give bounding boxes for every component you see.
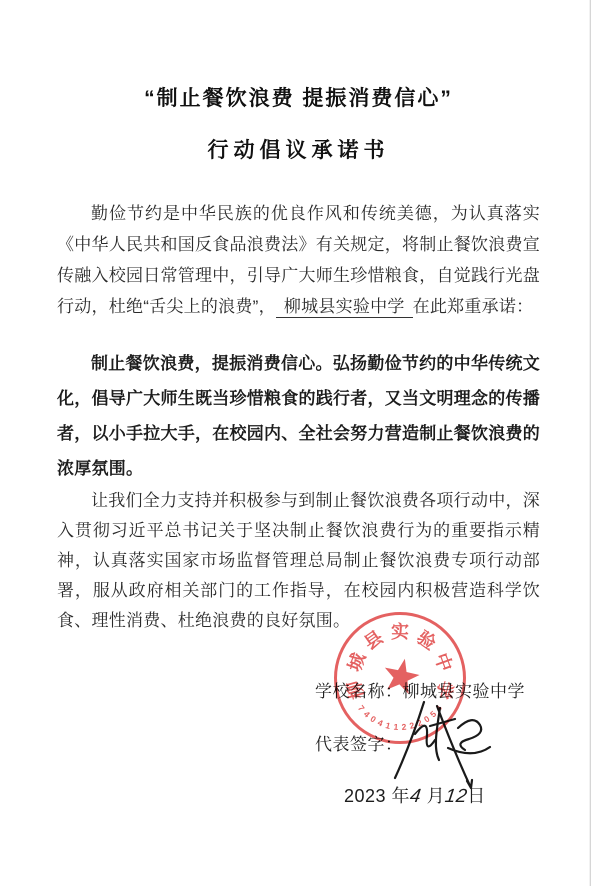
seal-serial-digit: 1 (391, 721, 402, 732)
pledge-document: “制止餐饮浪费 提振消费信心” 行动倡议承诺书 勤俭节约是中华民族的优良作风和传… (0, 0, 591, 886)
seal-star-icon (365, 641, 436, 712)
seal-serial-digit: 5 (426, 707, 440, 721)
seal-serial-digit: 4 (360, 707, 374, 721)
document-title: “制止餐饮浪费 提振消费信心” (57, 84, 540, 114)
date-day-handwritten: 12 (444, 786, 469, 808)
paragraph-opening-tail: 在此郑重承诺： (413, 297, 534, 316)
seal-character: 中 (430, 649, 456, 675)
paragraph-commitment: 让我们全力支持并积极参与到制止餐饮浪费各项行动中，深入贯彻习近平总书记关于坚决制… (57, 486, 540, 636)
representative-signature (388, 698, 498, 798)
representative-label: 代表签字： (315, 735, 403, 754)
seal-serial-digit: 7 (354, 701, 368, 715)
seal-serial-digit: 0 (420, 712, 434, 726)
school-name-value: 柳城县实验中学 (403, 682, 526, 701)
representative-line: 代表签字： (315, 730, 403, 755)
seal-serial-digit: 2 (399, 721, 410, 732)
seal-serial-digit: 4 (374, 716, 387, 729)
paragraph-opening: 勤俭节约是中华民族的优良作风和传统美德，为认真落实《中华人民共和国反食品浪费法》… (57, 198, 540, 322)
document-subtitle: 行动倡议承诺书 (57, 136, 540, 166)
date-day-suffix: 日 (467, 786, 486, 806)
date-line: 2023 年4 月12日 (344, 782, 486, 808)
seal-serial-digit: 2 (406, 719, 418, 731)
date-year: 2023 年 (344, 786, 410, 806)
school-name-line: 学校名称：柳城县实验中学 (315, 677, 525, 702)
date-month-handwritten: 4 (409, 786, 423, 808)
paragraph-pledge-bold: 制止餐饮浪费，提振消费信心。弘扬勤俭节约的中华传统文化，倡导广大师生既当珍惜粮食… (57, 346, 540, 486)
seal-serial-digit: 0 (366, 712, 380, 726)
seal-serial-digit: 4 (432, 701, 446, 715)
seal-character: 学 (432, 678, 456, 702)
school-name-underlined: 柳城县实验中学 (276, 297, 413, 318)
seal-character: 柳 (343, 678, 367, 702)
school-name-label: 学校名称： (315, 682, 403, 701)
seal-serial-digit: 1 (382, 719, 394, 731)
date-month-suffix: 月 (421, 786, 445, 806)
seal-character: 城 (344, 649, 370, 675)
seal-serial-digit: 2 (413, 716, 426, 729)
